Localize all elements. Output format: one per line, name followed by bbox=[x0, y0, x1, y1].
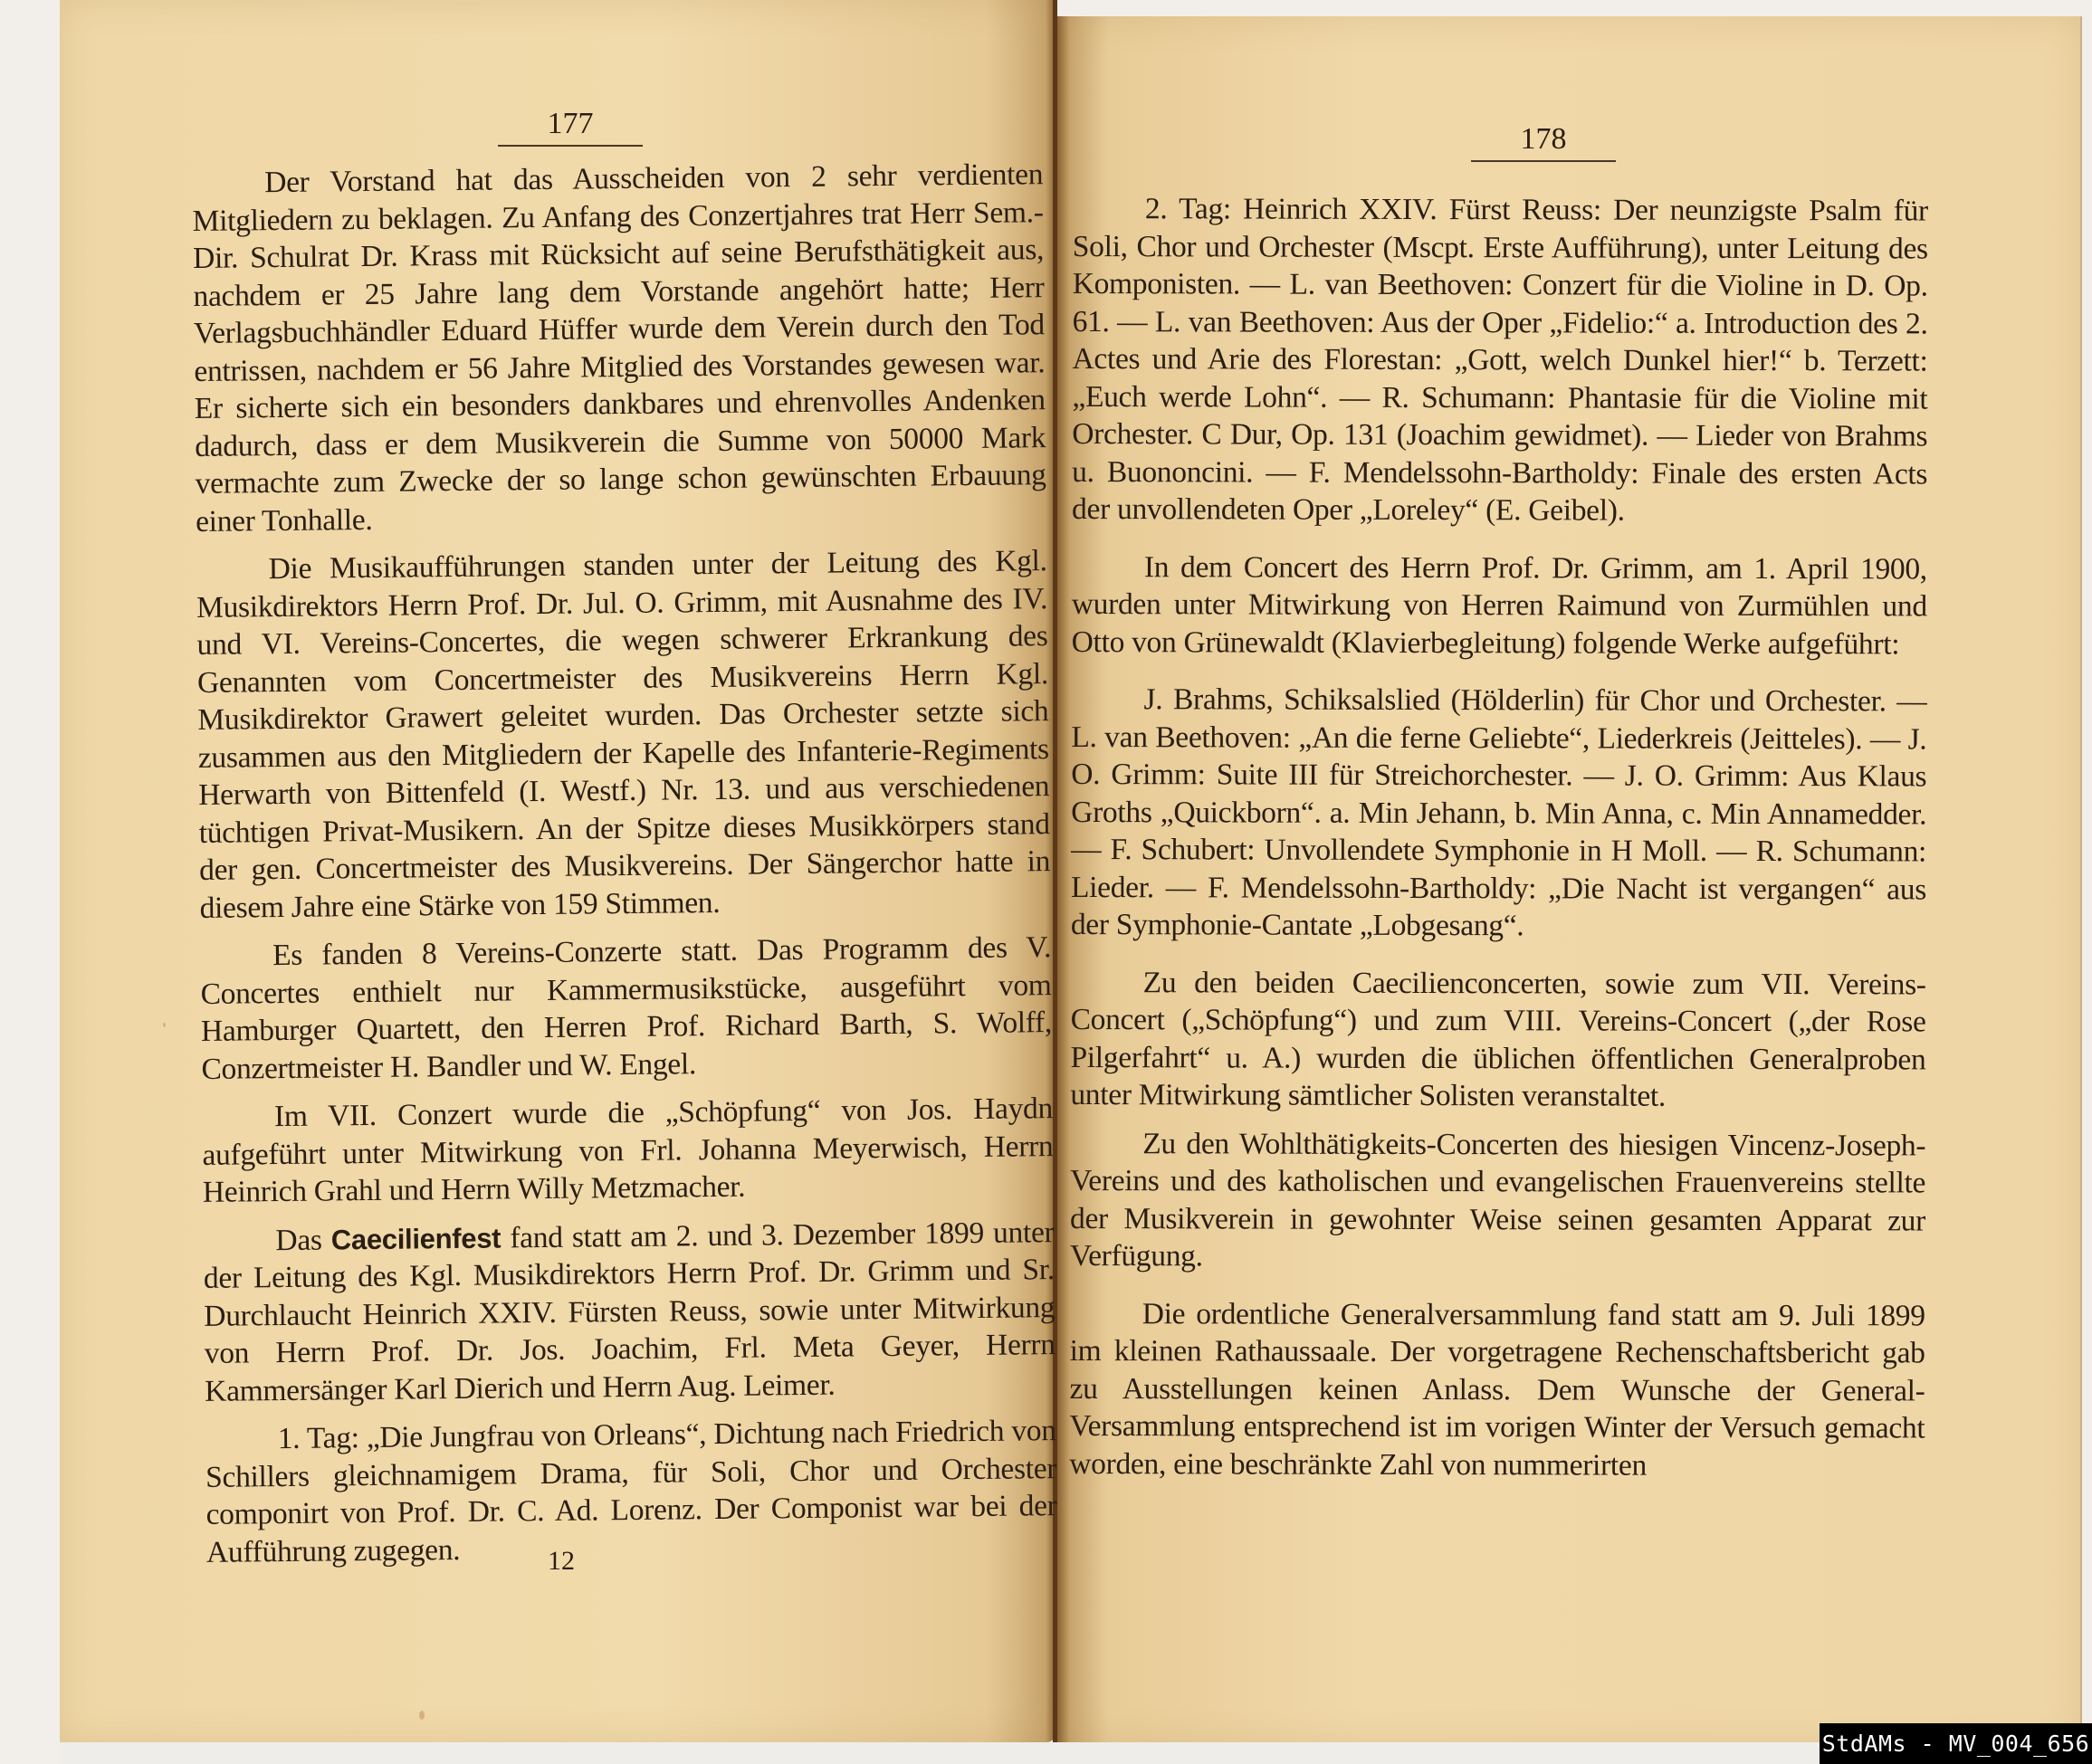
scan-background-strip bbox=[60, 1742, 2092, 1764]
archive-reference-label: StdAMs - MV_004_656 bbox=[1820, 1723, 2092, 1764]
left-page-header: 177 bbox=[480, 107, 661, 147]
paragraph-generalproben: Zu den beiden Caecilienconcerten, sowie … bbox=[1070, 963, 1925, 1115]
header-rule bbox=[498, 145, 643, 147]
book-spread: 177 Der Vorstand hat das Ausscheiden von… bbox=[0, 0, 2092, 1764]
signature-mark: 12 bbox=[548, 1546, 575, 1577]
paragraph-erster-tag: 1. Tag: „Die Jungfrau von Orleans“, Dich… bbox=[205, 1412, 1058, 1571]
caecilienfest-lead: Das bbox=[275, 1223, 322, 1257]
left-page-number: 177 bbox=[548, 107, 594, 140]
paragraph-zweiter-tag: 2. Tag: Heinrich XXIV. Fürst Reuss: Der … bbox=[1072, 190, 1928, 530]
paper-stain bbox=[163, 1023, 166, 1027]
paragraph-vereins-conzerte: Es fanden 8 Vereins-Conzerte statt. Das … bbox=[200, 929, 1053, 1088]
paragraph-musikauffuehrungen: Die Musikaufführungen standen unter der … bbox=[196, 542, 1050, 927]
paper-stain bbox=[419, 1711, 425, 1720]
paragraph-caecilienfest: Das Caecilienfest fand statt am 2. und 3… bbox=[203, 1214, 1056, 1410]
paragraph-vorstand: Der Vorstand hat das Ausscheiden von 2 s… bbox=[192, 156, 1046, 540]
right-page-number: 178 bbox=[1521, 122, 1567, 156]
paragraph-grimm-concert: In dem Concert des Herrn Prof. Dr. Grimm… bbox=[1072, 548, 1927, 663]
paragraph-vii-conzert: Im VII. Conzert wurde die „Schöpfung“ vo… bbox=[202, 1090, 1054, 1211]
paragraph-generalversammlung: Die ordentliche Generalversammlung fand … bbox=[1069, 1294, 1925, 1484]
caecilienfest-heading: Caecilienfest bbox=[331, 1222, 502, 1255]
right-page-body: 2. Tag: Heinrich XXIV. Fürst Reuss: Der … bbox=[1069, 190, 1928, 1495]
paragraph-werke-liste: J. Brahms, Schiksalslied (Hölderlin) für… bbox=[1071, 681, 1927, 946]
paragraph-wohltaetigkeit: Zu den Wohlthätigkeits-Concerten des hie… bbox=[1070, 1124, 1925, 1276]
header-rule bbox=[1471, 160, 1616, 162]
left-page-body: Der Vorstand hat das Ausscheiden von 2 s… bbox=[192, 156, 1057, 1582]
right-page-header: 178 bbox=[1453, 122, 1634, 162]
